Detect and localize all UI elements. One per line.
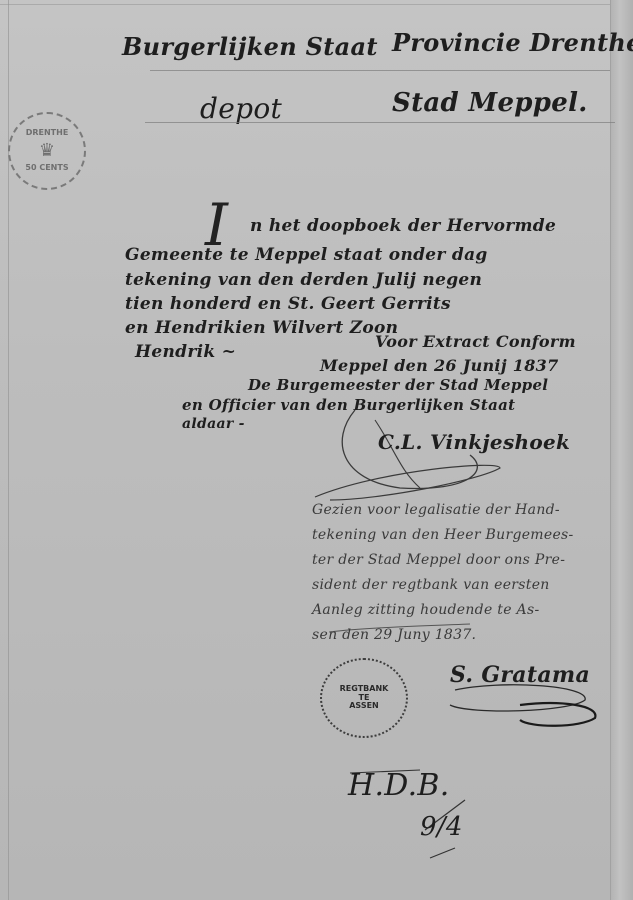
signature-president: S. Gratama [450, 662, 590, 688]
body-line-3: tekening van den derden Julij negen [125, 270, 482, 290]
body-line-6: Hendrik ~ [135, 342, 236, 362]
document-scan: Burgerlijken Staat Provincie Drenthe dep… [0, 0, 633, 900]
revenue-stamp-drenthe: DRENTHE ♛ 50 CENTS [8, 112, 86, 190]
body-line-4: tien honderd en St. Geert Gerrits [125, 294, 451, 314]
cert-line-4: en Officier van den Burgerlijken Staat [182, 396, 515, 414]
body-line-5: en Hendrikien Wilvert Zoon [125, 318, 398, 338]
cert-line-5: aldaar - [182, 416, 245, 432]
right-page-edge [610, 0, 633, 900]
crest-icon: ♛ [39, 141, 55, 161]
legal-line-3: ter der Stad Meppel door ons Pre- [312, 552, 565, 568]
body-line-1: n het doopboek der Hervormde [250, 216, 556, 236]
header-depot: depot [200, 92, 282, 125]
header-burgerlijken-staat: Burgerlijken Staat [122, 32, 378, 61]
footer-number: 9/4 [420, 812, 463, 842]
header-rule-1 [150, 70, 610, 71]
cert-line-2: Meppel den 26 Junij 1837 [320, 356, 559, 375]
header-city: Stad Meppel. [392, 88, 588, 118]
cert-line-3: De Burgemeester der Stad Meppel [248, 376, 548, 394]
legal-line-4: sident der regtbank van eersten [312, 577, 550, 593]
legal-line-5: Aanleg zitting houdende te As- [312, 602, 539, 618]
court-stamp-assen: REGTBANK TE ASSEN [320, 658, 408, 738]
stamp-text-line2: 50 CENTS [25, 164, 68, 173]
top-edge-line [0, 4, 633, 5]
court-stamp-line3: ASSEN [349, 702, 379, 711]
signature-mayor: C.L. Vinkjeshoek [378, 430, 570, 454]
footer-initials: H.D.B. [348, 768, 450, 803]
cert-line-1: Voor Extract Conform [375, 332, 576, 351]
left-edge-line [8, 0, 9, 900]
body-line-2: Gemeente te Meppel staat onder dag [125, 245, 488, 265]
legal-line-1: Gezien voor legalisatie der Hand- [312, 502, 560, 518]
legal-line-6: sen den 29 Juny 1837. [312, 627, 476, 643]
stamp-text-line1: DRENTHE [26, 129, 69, 138]
header-province: Provincie Drenthe [392, 28, 633, 57]
header-rule-2 [145, 122, 615, 123]
legal-line-2: tekening van den Heer Burgemees- [312, 527, 574, 543]
